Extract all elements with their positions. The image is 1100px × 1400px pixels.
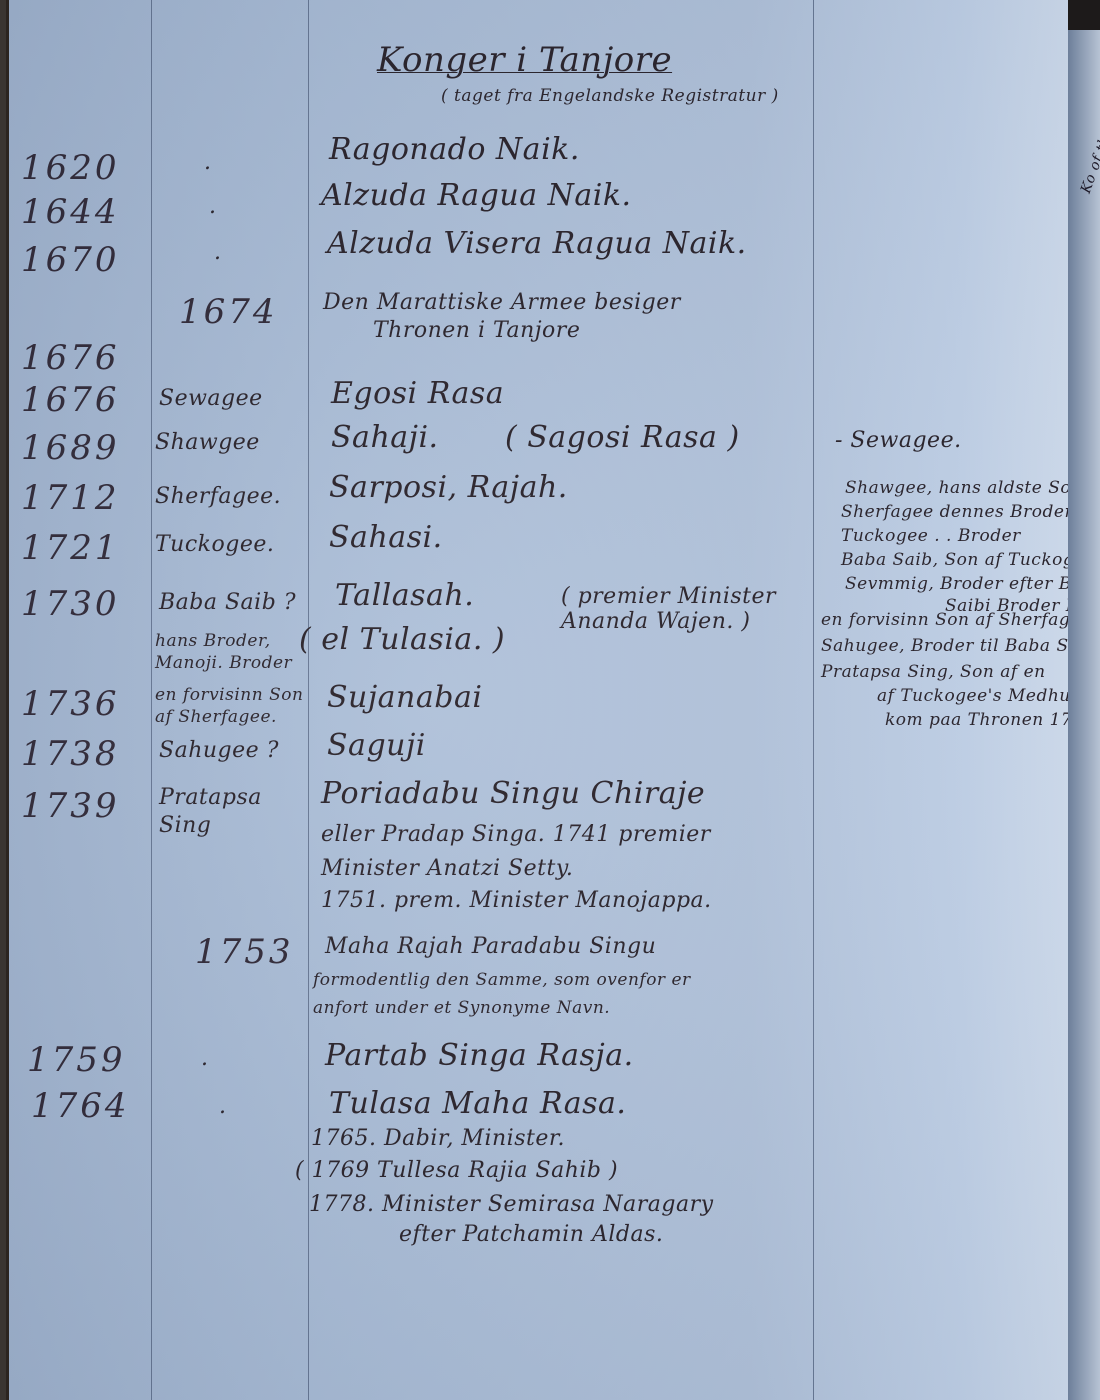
predecessor: Pratapsa Sing [159, 784, 289, 840]
ruler-note-line2: 1765. Dabir, Minister. [311, 1126, 565, 1151]
ruler-note-line3: anfort under et Synonyme Navn. [313, 998, 610, 1018]
year: 1721 [21, 528, 120, 568]
predecessor: Tuckogee. [155, 532, 274, 557]
margin-line: Tuckogee . . Broder [841, 526, 1071, 546]
ruler-name: Sahaji. [331, 420, 439, 455]
ruler-name: Alzuda Ragua Naik. [321, 178, 632, 213]
year: 1736 [21, 684, 120, 724]
ruler-name: Alzuda Visera Ragua Naik. [327, 226, 747, 261]
column-rule-3 [813, 0, 814, 1400]
ruler-alias: ( Sagosi Rasa ) [505, 420, 740, 455]
year: 1738 [21, 734, 120, 774]
next-page-edge: Ko of th [1068, 30, 1100, 1400]
col2-year: 1753 [195, 932, 294, 972]
year: 1739 [21, 786, 120, 826]
ruler-note-line2: eller Pradap Singa. 1741 premier [321, 822, 711, 847]
ditto-mark: . [219, 1094, 227, 1119]
col2-year: 1674 [179, 292, 278, 332]
ruler-name: Tallasah. [335, 578, 474, 613]
ruler-name: Ragonado Naik. [329, 132, 580, 167]
ruler-note-line4: 1751. prem. Minister Manojappa. [321, 888, 712, 913]
margin-sewagee: - Sewagee. [835, 428, 962, 453]
column-rule-2 [308, 0, 309, 1400]
margin-notes: Shawgee, hans aldste Son Sherfagee denne… [845, 478, 1075, 598]
ruler-name: Partab Singa Rasja. [325, 1038, 634, 1073]
ruler-name: Maha Rajah Paradabu Singu [325, 934, 656, 959]
ruler-name: Poriadabu Singu Chiraje [321, 776, 705, 811]
ruler-name: Tulasa Maha Rasa. [329, 1086, 626, 1121]
ruler-note-line4: 1778. Minister Semirasa Naragary [309, 1192, 714, 1217]
year: 1730 [21, 584, 120, 624]
ruler-note-line3: Minister Anatzi Setty. [321, 856, 573, 881]
margin-line: Pratapsa Sing, Son af en [821, 662, 1071, 682]
ruler-note: Den Marattiske Armee besiger [323, 290, 681, 315]
ditto-mark: . [201, 1046, 209, 1071]
ditto-mark: . [204, 150, 212, 175]
page-title: Konger i Tanjore [377, 40, 672, 80]
next-page-fragment: Ko of th [1078, 134, 1100, 196]
year: 1676 [21, 380, 120, 420]
ruler-note-line2: formodentlig den Samme, som ovenfor er [313, 970, 691, 990]
margin-notes-2: en forvisinn Son af Sherfagee Sahugee, B… [821, 610, 1071, 710]
year: 1689 [21, 428, 120, 468]
margin-line: Shawgee, hans aldste Son [845, 478, 1075, 498]
ruler-note-line5: efter Patchamin Aldas. [399, 1222, 663, 1247]
year: 1644 [21, 192, 120, 232]
page-subtitle: ( taget fra Engelandske Registratur ) [441, 86, 779, 106]
margin-line: en forvisinn Son af Sherfagee [821, 610, 1071, 630]
column-rule-1 [151, 0, 152, 1400]
margin-line: af Tuckogee's Medhustruer [877, 686, 1100, 706]
predecessor-note: hans Broder, Manoji. Broder [155, 630, 295, 674]
predecessor: Baba Saib ? [159, 590, 296, 615]
page-edge-shadow [1068, 0, 1100, 30]
ditto-mark: . [209, 194, 217, 219]
year: 1670 [21, 240, 120, 280]
ruler-note-line3: ( 1769 Tullesa Rajia Sahib ) [295, 1158, 618, 1183]
ditto-mark: . [214, 240, 222, 265]
year: 1759 [27, 1040, 126, 1080]
ruler-alias: ( el Tulasia. ) [299, 622, 505, 657]
margin-line: Baba Saib, Son af Tuckogee [841, 550, 1071, 570]
ruler-name: Sujanabai [327, 680, 482, 715]
predecessor: Sherfagee. [155, 484, 281, 509]
ruler-name: Saguji [327, 728, 426, 763]
predecessor: Shawgee [155, 430, 260, 455]
margin-line: Sahugee, Broder til Baba Saib [821, 636, 1071, 656]
premier-minister-note: ( premier Minister Ananda Wajen. ) [561, 584, 801, 634]
ruler-name: Egosi Rasa [331, 376, 504, 411]
year: 1676 [21, 338, 120, 378]
year: 1712 [21, 478, 120, 518]
year: 1620 [21, 148, 120, 188]
manuscript-page: Konger i Tanjore ( taget fra Engelandske… [6, 0, 1069, 1400]
predecessor: en forvisinn Son af Sherfagee. [155, 684, 305, 728]
year: 1764 [31, 1086, 130, 1126]
predecessor: Sahugee ? [159, 738, 279, 763]
margin-line: Sevmmig, Broder efter Baba [845, 574, 1075, 594]
margin-line: Sherfagee dennes Broder [841, 502, 1071, 522]
ruler-note-line2: Thronen i Tanjore [373, 318, 580, 343]
ruler-name: Sahasi. [329, 520, 443, 555]
ruler-name: Sarposi, Rajah. [329, 470, 568, 505]
predecessor: Sewagee [159, 386, 263, 411]
